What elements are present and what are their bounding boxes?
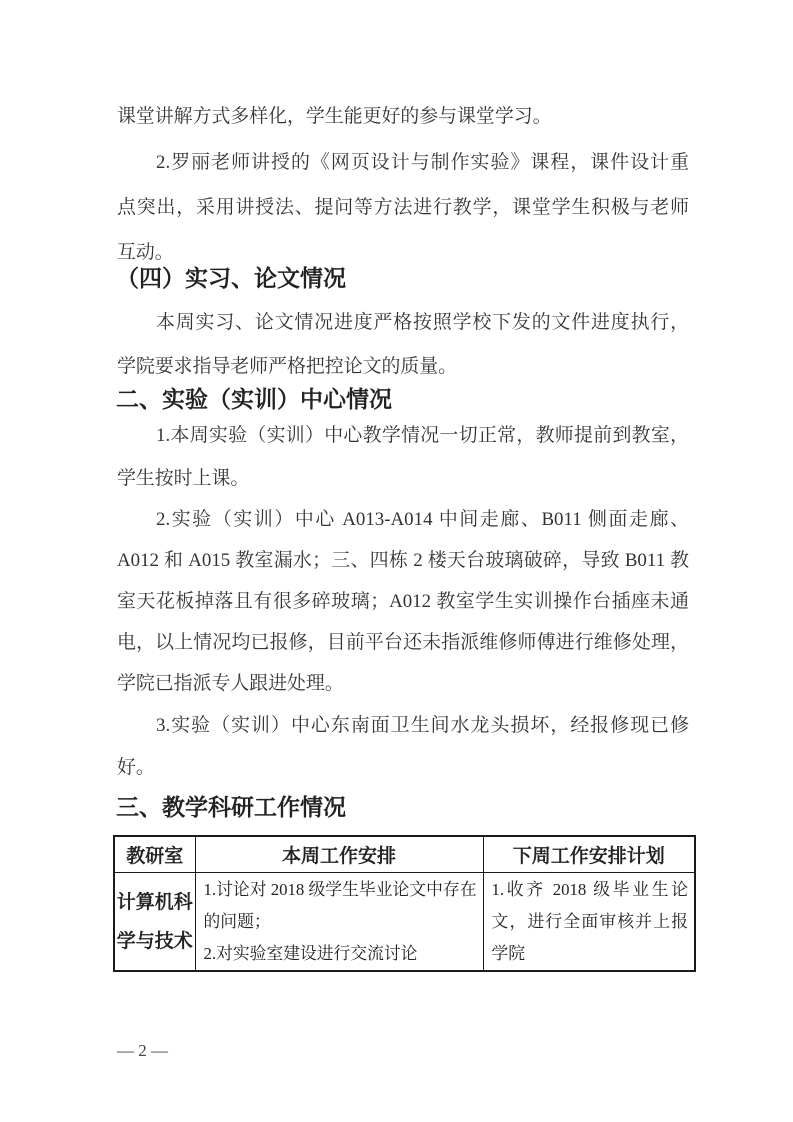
text-line: 2.实验（实训）中心 A013-A014 中间走廊、B011 侧面走廊、 xyxy=(117,499,689,540)
text-line: 好。 xyxy=(117,747,689,789)
text-line: 本周实习、论文情况进度严格按照学校下发的文件进度执行， xyxy=(117,301,689,345)
table-row: 计算机科学与技术 1.讨论对 2018 级学生毕业论文中存在 的问题； 2.对实… xyxy=(114,873,695,972)
paragraph-teacher-luoli: 2.罗丽老师讲授的《网页设计与制作实验》课程，课件设计重 点突出，采用讲授法、提… xyxy=(117,140,689,275)
text-line: A012 和 A015 教室漏水；三、四栋 2 楼天台玻璃破碎，导致 B011 … xyxy=(117,540,689,581)
text-line: 学生按时上课。 xyxy=(117,457,689,500)
heading-teaching-research-section: 三、教学科研工作情况 xyxy=(116,792,696,824)
paragraph-practice-thesis: 本周实习、论文情况进度严格按照学校下发的文件进度执行， 学院要求指导老师严格把控… xyxy=(117,301,689,389)
text-line: 点突出，采用讲授法、提问等方法进行教学，课堂学生积极与老师 xyxy=(117,185,689,230)
paragraph-lab-faucet: 3.实验（实训）中心东南面卫生间水龙头损坏，经报修现已修 好。 xyxy=(117,705,689,789)
col-header-next-week: 下周工作安排计划 xyxy=(483,836,695,873)
cell-this-week: 1.讨论对 2018 级学生毕业论文中存在 的问题； 2.对实验室建设进行交流讨… xyxy=(195,873,483,972)
text-line: 文，进行全面审核并上报 xyxy=(492,906,689,938)
document-page: 课堂讲解方式多样化，学生能更好的参与课堂学习。 2.罗丽老师讲授的《网页设计与制… xyxy=(0,0,793,1122)
text-line: 1.收齐 2018 级毕业生论 xyxy=(492,874,689,906)
paragraph-lab-issues: 2.实验（实训）中心 A013-A014 中间走廊、B011 侧面走廊、 A01… xyxy=(117,499,689,704)
paragraph-classroom-teaching: 课堂讲解方式多样化，学生能更好的参与课堂学习。 xyxy=(117,95,689,139)
paragraph-lab-normal: 1.本周实验（实训）中心教学情况一切正常，教师提前到教室， 学生按时上课。 xyxy=(117,414,689,500)
text-line: 1.本周实验（实训）中心教学情况一切正常，教师提前到教室， xyxy=(117,414,689,457)
col-header-office: 教研室 xyxy=(114,836,195,873)
text-line: 3.实验（实训）中心东南面卫生间水龙头损坏，经报修现已修 xyxy=(117,705,689,747)
teaching-research-table: 教研室 本周工作安排 下周工作安排计划 计算机科学与技术 1.讨论对 2018 … xyxy=(113,835,696,972)
text-line: 室天花板掉落且有很多碎玻璃；A012 教室学生实训操作台插座未通 xyxy=(117,581,689,622)
text-line: 的问题； xyxy=(204,906,477,938)
text-line: 课堂讲解方式多样化，学生能更好的参与课堂学习。 xyxy=(117,95,689,139)
page-number: — 2 — xyxy=(117,1038,168,1064)
table-header-row: 教研室 本周工作安排 下周工作安排计划 xyxy=(114,836,695,873)
heading-lab-center-section: 二、实验（实训）中心情况 xyxy=(116,384,696,416)
heading-practice-thesis-section: （四）实习、论文情况 xyxy=(116,263,696,295)
text-line: 电，以上情况均已报修，目前平台还未指派维修师傅进行维修处理， xyxy=(117,622,689,663)
col-header-this-week: 本周工作安排 xyxy=(195,836,483,873)
cell-office: 计算机科学与技术 xyxy=(114,873,195,972)
text-line: 2.对实验室建设进行交流讨论 xyxy=(204,938,477,970)
text-line: 学院 xyxy=(492,938,689,970)
text-line: 1.讨论对 2018 级学生毕业论文中存在 xyxy=(204,874,477,906)
cell-next-week: 1.收齐 2018 级毕业生论 文，进行全面审核并上报 学院 xyxy=(483,873,695,972)
text-line: 2.罗丽老师讲授的《网页设计与制作实验》课程，课件设计重 xyxy=(117,140,689,185)
text-line: 学院要求指导老师严格把控论文的质量。 xyxy=(117,345,689,389)
text-line: 学院已指派专人跟进处理。 xyxy=(117,663,689,704)
